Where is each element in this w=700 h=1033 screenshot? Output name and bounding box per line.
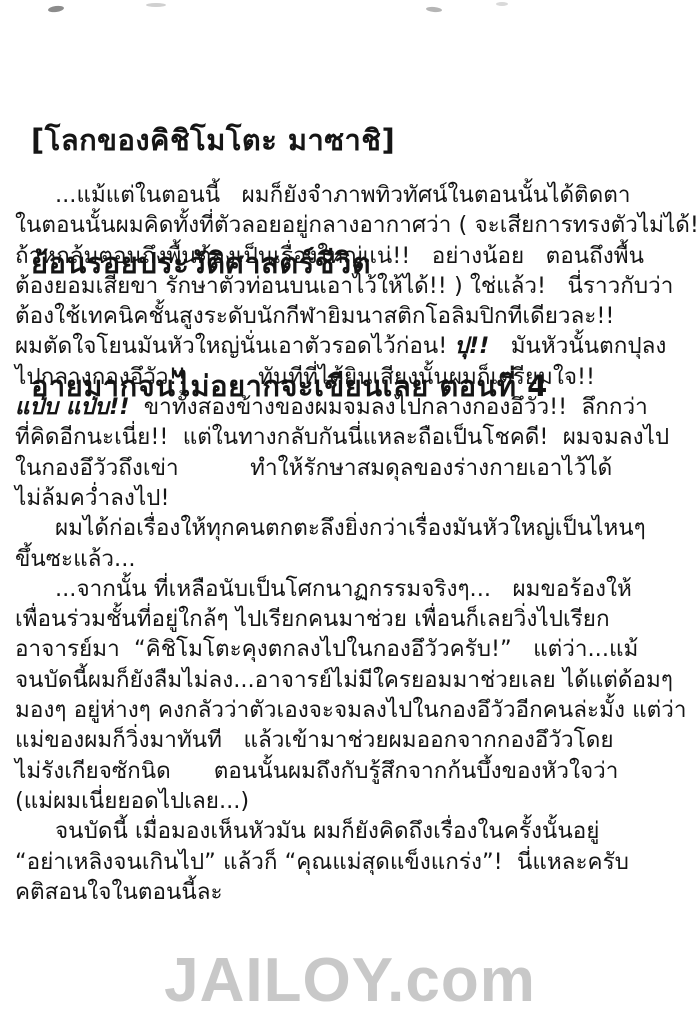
text-line: ผมตัดใจโยนมันหัวใหญ่นั่นเอาตัวรอดไว้ก่อน…: [15, 331, 687, 361]
text-segment: ในกองอึวัวถึงเข่า ทำให้รักษาสมดุลของร่าง…: [15, 455, 612, 481]
text-segment: ...จากนั้น ที่เหลือนับเป็นโศกนาฏกรรมจริง…: [55, 576, 632, 602]
text-segment: ไม่รังเกียจซักนิด ตอนนั้นผมถึงกับรู้สึกจ…: [15, 758, 618, 784]
text-segment: แม่ของผมก็วิ่งมาทันที แล้วเข้ามาช่วยผมออ…: [15, 727, 614, 753]
onomatopoeia-emphasis: แป่บ แป่บ!!: [15, 394, 130, 420]
text-line: ต้องใช้เทคนิคชั้นสูงระดับนักกีฬายิมนาสติ…: [15, 301, 687, 331]
scan-speck: [426, 6, 442, 12]
text-segment: ...แม้แต่ในตอนนี้ ผมก็ยังจำภาพทิวทัศน์ใน…: [55, 182, 631, 208]
text-line: ไม่รังเกียจซักนิด ตอนนั้นผมถึงกับรู้สึกจ…: [15, 756, 687, 786]
text-segment: ถ้าหกล้มตอนถึงพื้นต้องเป็นเรื่องใหญ่แน่!…: [15, 243, 644, 269]
text-line: ขึ้นซะแล้ว...: [15, 544, 687, 574]
text-line: “อย่าเหลิงจนเกินไป” แล้วก็ “คุณแม่สุดแข็…: [15, 847, 687, 877]
text-segment: ที่คิดอีกนะเนี่ย!! แต่ในทางกลับกันนี่แหล…: [15, 424, 669, 450]
onomatopoeia-emphasis: ปุ!!: [454, 333, 489, 359]
text-line: อาจารย์มา “คิชิโมโตะคุงตกลงไปในกองอึวัวค…: [15, 634, 687, 664]
watermark-text: JAILOY.com: [0, 945, 700, 1016]
text-line: แม่ของผมก็วิ่งมาทันที แล้วเข้ามาช่วยผมออ…: [15, 725, 687, 755]
text-segment: อาจารย์มา “คิชิโมโตะคุงตกลงไปในกองอึวัวค…: [15, 636, 638, 662]
text-segment: ขาทั้งสองข้างของผมจมลงไปกลางกองอึวัว!! ล…: [130, 394, 648, 420]
text-segment: ผมได้ก่อเรื่องให้ทุกคนตกตะลึงยิ่งกว่าเรื…: [55, 515, 646, 541]
scan-speck: [496, 2, 508, 6]
text-line: ผมได้ก่อเรื่องให้ทุกคนตกตะลึงยิ่งกว่าเรื…: [15, 513, 687, 543]
title-line-series: [โลกของคิชิโมโตะ มาซาชิ]: [31, 120, 548, 161]
scan-speck: [48, 5, 65, 13]
article-body: ...แม้แต่ในตอนนี้ ผมก็ยังจำภาพทิวทัศน์ใน…: [15, 180, 687, 907]
text-segment: ผมตัดใจโยนมันหัวใหญ่นั่นเอาตัวรอดไว้ก่อน…: [15, 333, 454, 359]
text-line: ...จากนั้น ที่เหลือนับเป็นโศกนาฏกรรมจริง…: [15, 574, 687, 604]
text-segment: ต้องใช้เทคนิคชั้นสูงระดับนักกีฬายิมนาสติ…: [15, 303, 614, 329]
scan-speck: [146, 3, 166, 7]
text-line: จนบัดนี้ เมื่อมองเห็นหัวมัน ผมก็ยังคิดถึ…: [15, 816, 687, 846]
text-segment: ไม่ล้มคว่ำลงไป!: [15, 485, 169, 511]
text-segment: ต้องยอมเสียขา รักษาตัวท่อนบนเอาไว้ให้ได้…: [15, 273, 673, 299]
text-line: มองๆ อยู่ห่างๆ คงกลัวว่าตัวเองจะจมลงไปใน…: [15, 695, 687, 725]
text-segment: มันหัวนั้นตกปุลง: [489, 333, 666, 359]
text-segment: คติสอนใจในตอนนี้ละ: [15, 879, 223, 905]
text-line: ไม่ล้มคว่ำลงไป!: [15, 483, 687, 513]
text-line: (แม่ผมเนี่ยยอดไปเลย...): [15, 786, 687, 816]
text-line: แป่บ แป่บ!! ขาทั้งสองข้างของผมจมลงไปกลาง…: [15, 392, 687, 422]
text-segment: ในตอนนั้นผมคิดทั้งที่ตัวลอยอยู่กลางอากาศ…: [15, 212, 700, 238]
text-line: ต้องยอมเสียขา รักษาตัวท่อนบนเอาไว้ให้ได้…: [15, 271, 687, 301]
document-page: [โลกของคิชิโมโตะ มาซาชิ] ย้อนรอยประวัติศ…: [0, 0, 700, 1033]
text-segment: (แม่ผมเนี่ยยอดไปเลย...): [15, 788, 249, 814]
text-line: ไปกลางกองอึวัว!! ทันทีที่ได้ยินเสียงนั้น…: [15, 362, 687, 392]
text-segment: เพื่อนร่วมชั้นที่อยู่ใกล้ๆ ไปเรียกคนมาช่…: [15, 606, 610, 632]
text-line: จนบัดนี้ผมก็ยังลืมไม่ลง...อาจารย์ไม่มีใค…: [15, 665, 687, 695]
text-line: ในตอนนั้นผมคิดทั้งที่ตัวลอยอยู่กลางอากาศ…: [15, 210, 687, 240]
text-line: ที่คิดอีกนะเนี่ย!! แต่ในทางกลับกันนี่แหล…: [15, 422, 687, 452]
text-line: ในกองอึวัวถึงเข่า ทำให้รักษาสมดุลของร่าง…: [15, 453, 687, 483]
text-line: ถ้าหกล้มตอนถึงพื้นต้องเป็นเรื่องใหญ่แน่!…: [15, 241, 687, 271]
text-segment: จนบัดนี้ผมก็ยังลืมไม่ลง...อาจารย์ไม่มีใค…: [15, 667, 673, 693]
text-line: คติสอนใจในตอนนี้ละ: [15, 877, 687, 907]
text-line: ...แม้แต่ในตอนนี้ ผมก็ยังจำภาพทิวทัศน์ใน…: [15, 180, 687, 210]
text-segment: ขึ้นซะแล้ว...: [15, 546, 136, 572]
text-segment: มองๆ อยู่ห่างๆ คงกลัวว่าตัวเองจะจมลงไปใน…: [15, 697, 686, 723]
text-segment: “อย่าเหลิงจนเกินไป” แล้วก็ “คุณแม่สุดแข็…: [15, 849, 629, 875]
text-line: เพื่อนร่วมชั้นที่อยู่ใกล้ๆ ไปเรียกคนมาช่…: [15, 604, 687, 634]
text-segment: จนบัดนี้ เมื่อมองเห็นหัวมัน ผมก็ยังคิดถึ…: [55, 818, 599, 844]
text-segment: ไปกลางกองอึวัว!! ทันทีที่ได้ยินเสียงนั้น…: [15, 364, 595, 390]
